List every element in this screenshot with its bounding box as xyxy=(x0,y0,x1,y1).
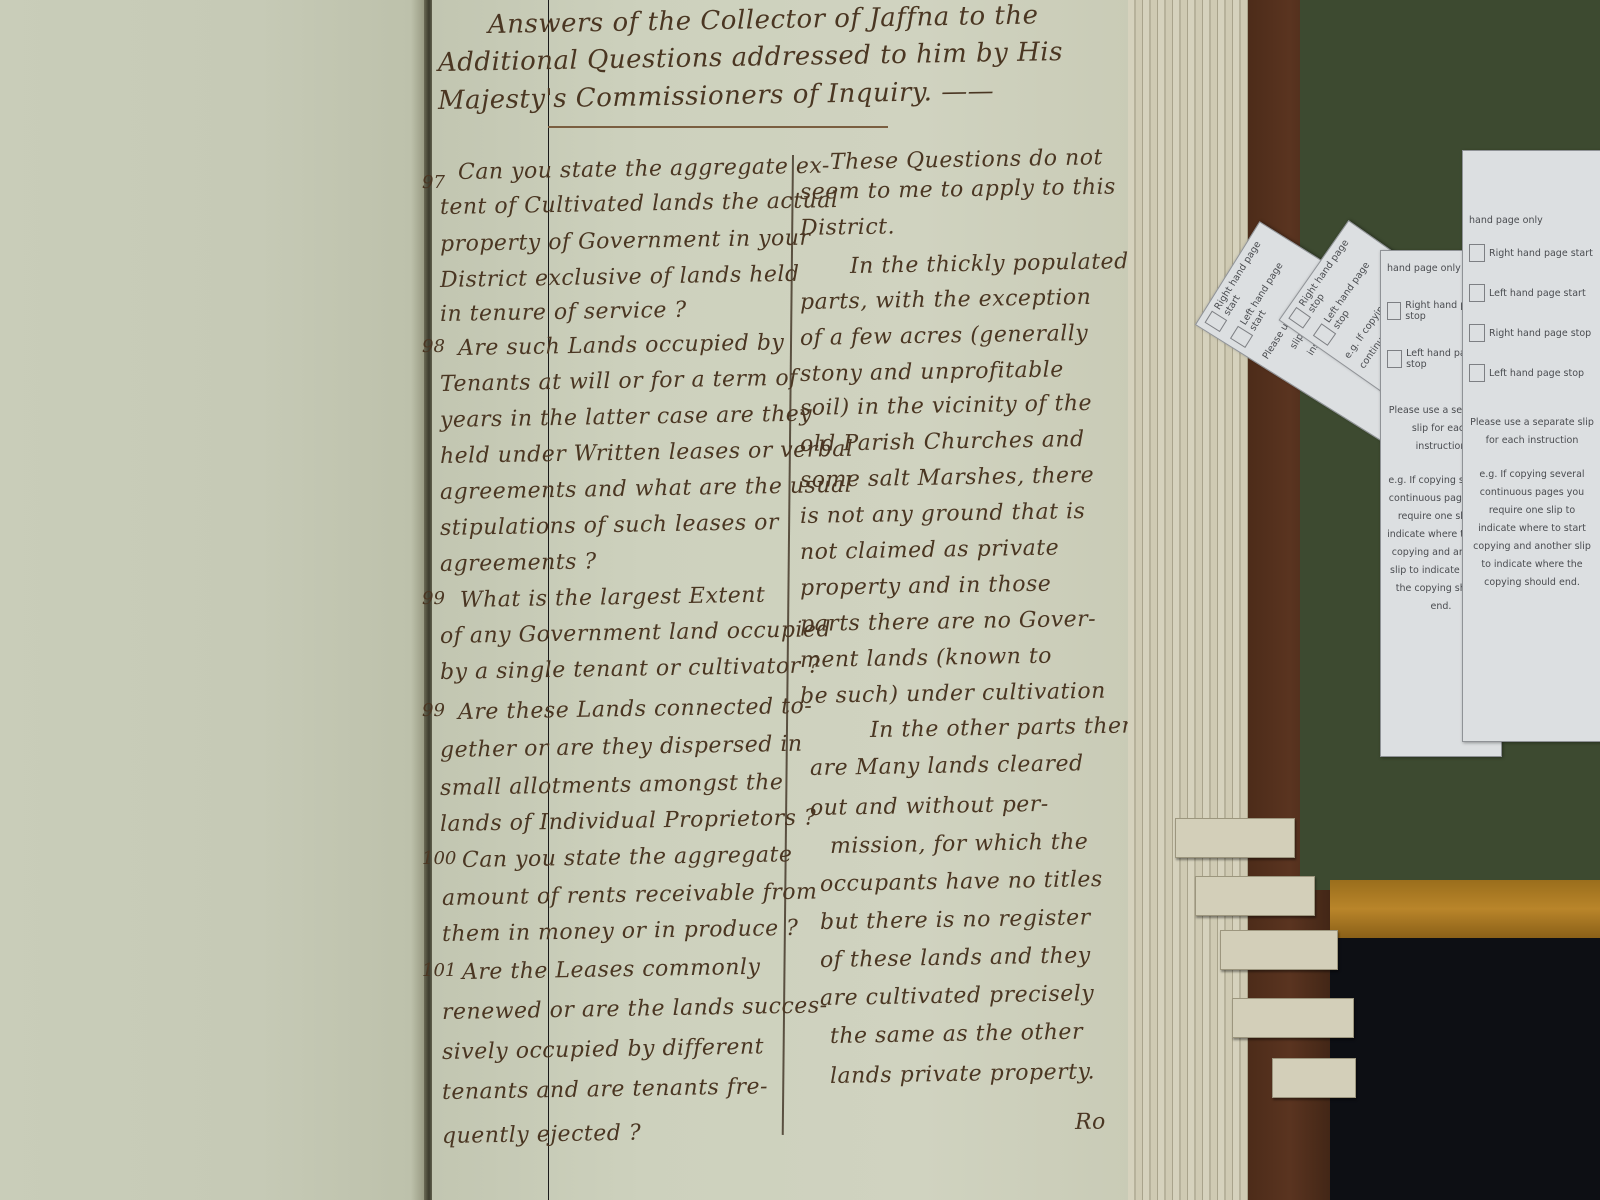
question-number: 100 xyxy=(422,848,456,869)
checkbox-icon[interactable] xyxy=(1387,302,1401,320)
single-page-label: hand page only xyxy=(1469,215,1543,226)
checkbox-icon[interactable] xyxy=(1469,364,1485,382)
answer-line: occupants have no titles xyxy=(820,867,1103,897)
answer-line: some salt Marshes, there xyxy=(800,463,1095,493)
answer-line: out and without per- xyxy=(810,792,1049,821)
answer-line: In the other parts there xyxy=(870,713,1146,743)
question-line: in tenure of service ? xyxy=(440,298,687,327)
page-marker-tab[interactable] xyxy=(1195,876,1315,916)
answer-line: stony and unprofitable xyxy=(800,357,1064,387)
manuscript-photo: Answers of the Collector of Jaffna to th… xyxy=(0,0,1600,1200)
checkbox-label: Left hand page start xyxy=(1489,288,1586,299)
answer-line: are cultivated precisely xyxy=(820,981,1095,1011)
answer-line: are Many lands cleared xyxy=(810,751,1084,781)
heading-underline xyxy=(548,126,888,128)
wooden-shelf-edge xyxy=(1330,880,1600,938)
checkbox-icon[interactable] xyxy=(1469,284,1485,302)
answer-line: lands private property. xyxy=(830,1059,1095,1089)
question-line: Are the Leases commonly xyxy=(462,955,761,985)
answer-line: mission, for which the xyxy=(830,829,1089,859)
example-text: e.g. If copying several continuous pages… xyxy=(1463,458,1600,600)
answer-line: District. xyxy=(800,214,895,241)
checkbox-label: Right hand page start xyxy=(1489,248,1593,259)
checkbox-label: Right hand page stop xyxy=(1489,328,1591,339)
question-line: What is the largest Extent xyxy=(460,583,766,613)
instruction-text: Please use a separate slip for each inst… xyxy=(1463,406,1600,458)
question-line: quently ejected ? xyxy=(442,1121,642,1149)
answer-line: These Questions do not xyxy=(830,145,1103,175)
blank-left-page xyxy=(0,0,428,1200)
dark-background xyxy=(1330,938,1600,1200)
page-marker-tab[interactable] xyxy=(1232,998,1354,1038)
answer-line: soil) in the vicinity of the xyxy=(800,391,1093,421)
page-marker-tab[interactable] xyxy=(1272,1058,1356,1098)
answer-line: of a few acres (generally xyxy=(800,321,1089,351)
single-page-label: hand page only xyxy=(1387,263,1461,274)
instruction-slip[interactable]: hand page only Right hand page start Lef… xyxy=(1462,150,1600,742)
checkbox-icon[interactable] xyxy=(1469,324,1485,342)
question-number: 101 xyxy=(422,960,456,981)
checkbox-label: Left hand page stop xyxy=(1489,368,1584,379)
checkbox-icon[interactable] xyxy=(1387,350,1402,368)
question-number: 99 xyxy=(422,700,445,721)
page-marker-tab[interactable] xyxy=(1220,930,1338,970)
answer-line: not claimed as private xyxy=(800,535,1060,565)
question-line: agreements ? xyxy=(440,549,597,577)
answer-line: parts there are no Gover- xyxy=(800,607,1097,637)
answer-line: old Parish Churches and xyxy=(800,427,1085,457)
answer-line: In the thickly populated xyxy=(850,249,1129,279)
answer-line: of these lands and they xyxy=(820,943,1091,973)
answer-line: ment lands (known to xyxy=(800,644,1052,673)
answer-line: be such) under cultivation xyxy=(800,679,1106,709)
question-number: 98 xyxy=(422,336,445,357)
question-number: 97 xyxy=(422,172,445,193)
answer-line: property and in those xyxy=(800,572,1052,601)
page-stack-edge xyxy=(1128,0,1248,1200)
page-marker-tab[interactable] xyxy=(1175,818,1295,858)
catchword: Ro xyxy=(1075,1109,1106,1135)
answer-line: parts, with the exception xyxy=(800,285,1092,315)
answer-line: the same as the other xyxy=(830,1020,1083,1049)
answer-line: is not any ground that is xyxy=(800,499,1086,529)
question-number: 99 xyxy=(422,588,445,609)
checkbox-icon[interactable] xyxy=(1469,244,1485,262)
answer-line: but there is no register xyxy=(820,905,1091,935)
checkbox-icon[interactable] xyxy=(1230,326,1253,348)
